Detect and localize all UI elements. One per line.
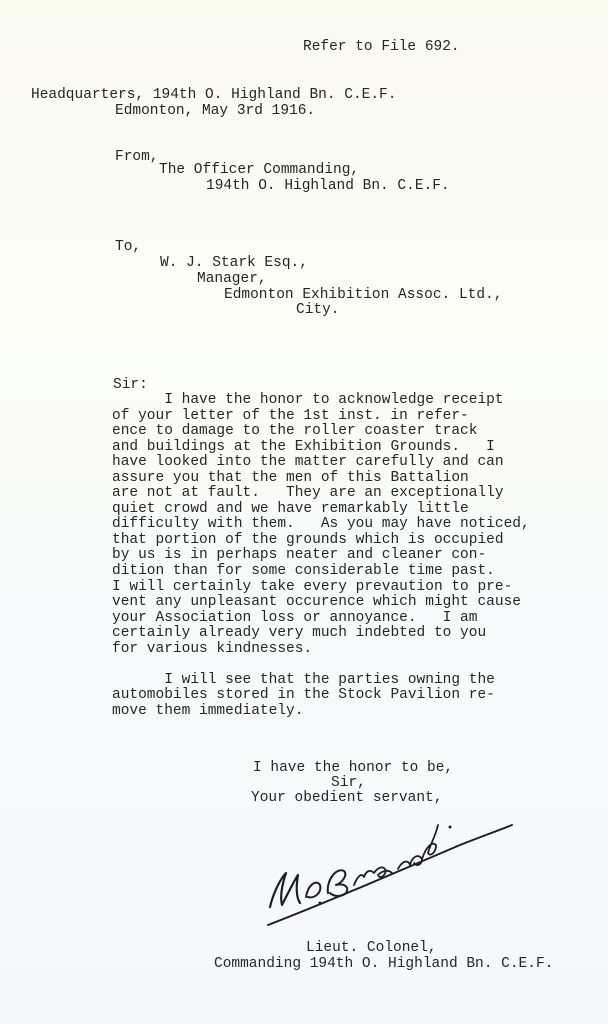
- file-reference: Refer to File 692.: [303, 40, 460, 56]
- body-line: by us is in perhaps neater and cleaner c…: [112, 548, 530, 564]
- body-line: I will see that the parties owning the: [112, 673, 530, 689]
- from-line-1: The Officer Commanding,: [159, 163, 359, 179]
- to-line-4: City.: [296, 303, 340, 319]
- signatory-unit: Commanding 194th O. Highland Bn. C.E.F.: [214, 957, 553, 973]
- body-line: I will certainly take every prevaution t…: [112, 580, 530, 596]
- from-label: From,: [115, 150, 159, 166]
- to-label: To,: [115, 240, 141, 256]
- body-line: move them immediately.: [112, 704, 530, 720]
- body-line: dition than for some considerable time p…: [112, 564, 530, 580]
- body-line: your Association loss or annoyance. I am: [112, 611, 530, 627]
- body-line: quiet crowd and we have remarkably littl…: [112, 502, 530, 518]
- body-line: that portion of the grounds which is occ…: [112, 533, 530, 549]
- body-line: automobiles stored in the Stock Pavilion…: [112, 688, 530, 704]
- body-line: difficulty with them. As you may have no…: [112, 517, 530, 533]
- to-line-1: W. J. Stark Esq.,: [160, 256, 308, 272]
- body-line: ence to damage to the roller coaster tra…: [112, 424, 530, 440]
- from-line-2: 194th O. Highland Bn. C.E.F.: [206, 179, 450, 195]
- letter-body: I have the honor to acknowledge receipto…: [112, 393, 530, 719]
- signatory-title: Lieut. Colonel,: [306, 941, 437, 957]
- body-line: [112, 657, 530, 673]
- body-line: I have the honor to acknowledge receipt: [112, 393, 530, 409]
- body-line: of your letter of the 1st inst. in refer…: [112, 409, 530, 425]
- to-line-3: Edmonton Exhibition Assoc. Ltd.,: [224, 288, 502, 304]
- body-line: and buildings at the Exhibition Grounds.…: [112, 440, 530, 456]
- body-line: certainly already very much indebted to …: [112, 626, 530, 642]
- body-line: vent any unpleasant occurence which migh…: [112, 595, 530, 611]
- header-line-1: Headquarters, 194th O. Highland Bn. C.E.…: [31, 88, 396, 104]
- body-line: are not at fault. They are an exceptiona…: [112, 486, 530, 502]
- body-line: for various kindnesses.: [112, 642, 530, 658]
- body-line: have looked into the matter carefully an…: [112, 455, 530, 471]
- signature-icon: [260, 805, 520, 935]
- header-line-2: Edmonton, May 3rd 1916.: [115, 104, 315, 120]
- body-line: assure you that the men of this Battalio…: [112, 471, 530, 487]
- to-line-2: Manager,: [197, 272, 267, 288]
